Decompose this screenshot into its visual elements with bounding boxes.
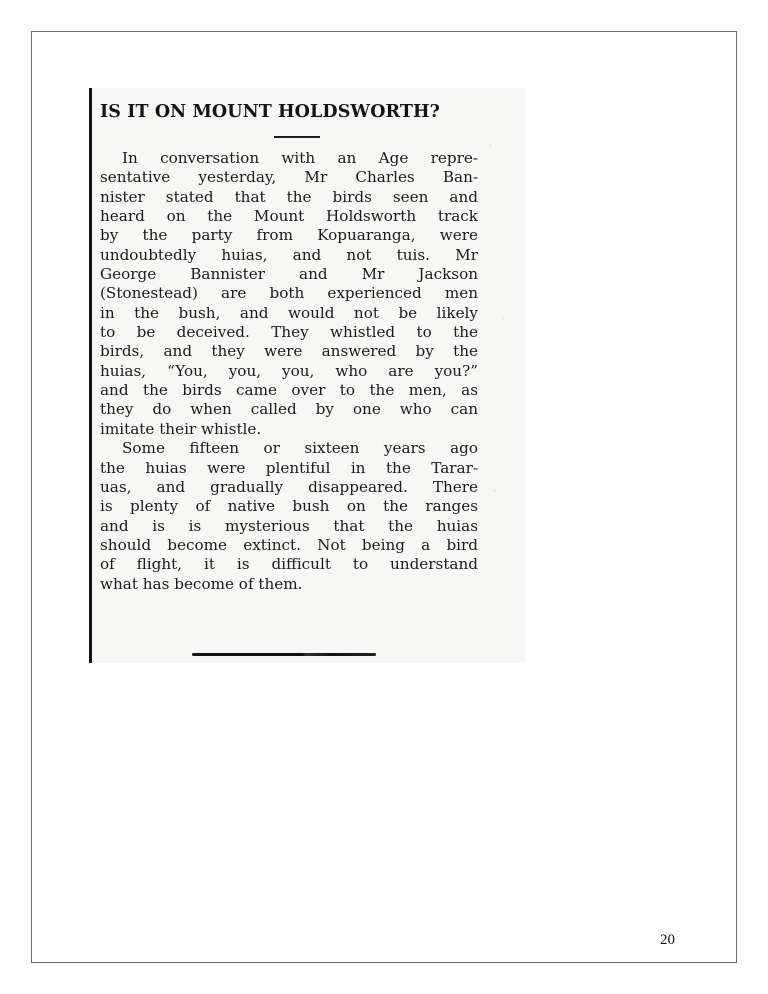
article-line: nister stated that the birds seen and: [100, 188, 478, 207]
article-line: George Bannister and Mr Jackson: [100, 265, 478, 284]
article-line: In conversation with an Age repre-: [100, 149, 478, 168]
article-line: undoubtedly huias, and not tuis. Mr: [100, 246, 478, 265]
article-line: uas, and gradually disappeared. There: [100, 478, 478, 497]
article-line: in the bush, and would not be likely: [100, 304, 478, 323]
article-line: (Stonestead) are both experienced men: [100, 284, 478, 303]
article-line: what has become of them.: [100, 575, 478, 594]
article-line: they do when called by one who can: [100, 400, 478, 419]
article-line: Some fifteen or sixteen years ago: [100, 439, 478, 458]
article-line: of flight, it is difficult to understand: [100, 555, 478, 574]
article-line: huias, “You, you, you, who are you?”: [100, 362, 478, 381]
newspaper-clipping: IS IT ON MOUNT HOLDSWORTH? In conversati…: [89, 88, 525, 663]
headline-divider: [274, 136, 320, 138]
article-body: In conversation with an Age repre-sentat…: [100, 149, 478, 594]
article-line: is plenty of native bush on the ranges: [100, 497, 478, 516]
article-line: heard on the Mount Holdsworth track: [100, 207, 478, 226]
page-number: 20: [660, 932, 675, 949]
article-line: to be deceived. They whistled to the: [100, 323, 478, 342]
article-line: by the party from Kopuaranga, were: [100, 226, 478, 245]
article-line: should become extinct. Not being a bird: [100, 536, 478, 555]
article-line: and the birds came over to the men, as: [100, 381, 478, 400]
article-line: birds, and they were answered by the: [100, 342, 478, 361]
article-line: and is is mysterious that the huias: [100, 517, 478, 536]
article-line: sentative yesterday, Mr Charles Ban-: [100, 168, 478, 187]
article-headline: IS IT ON MOUNT HOLDSWORTH?: [100, 102, 520, 122]
article-line: imitate their whistle.: [100, 420, 478, 439]
end-divider: [192, 653, 376, 656]
article-line: the huias were plentiful in the Tarar-: [100, 459, 478, 478]
